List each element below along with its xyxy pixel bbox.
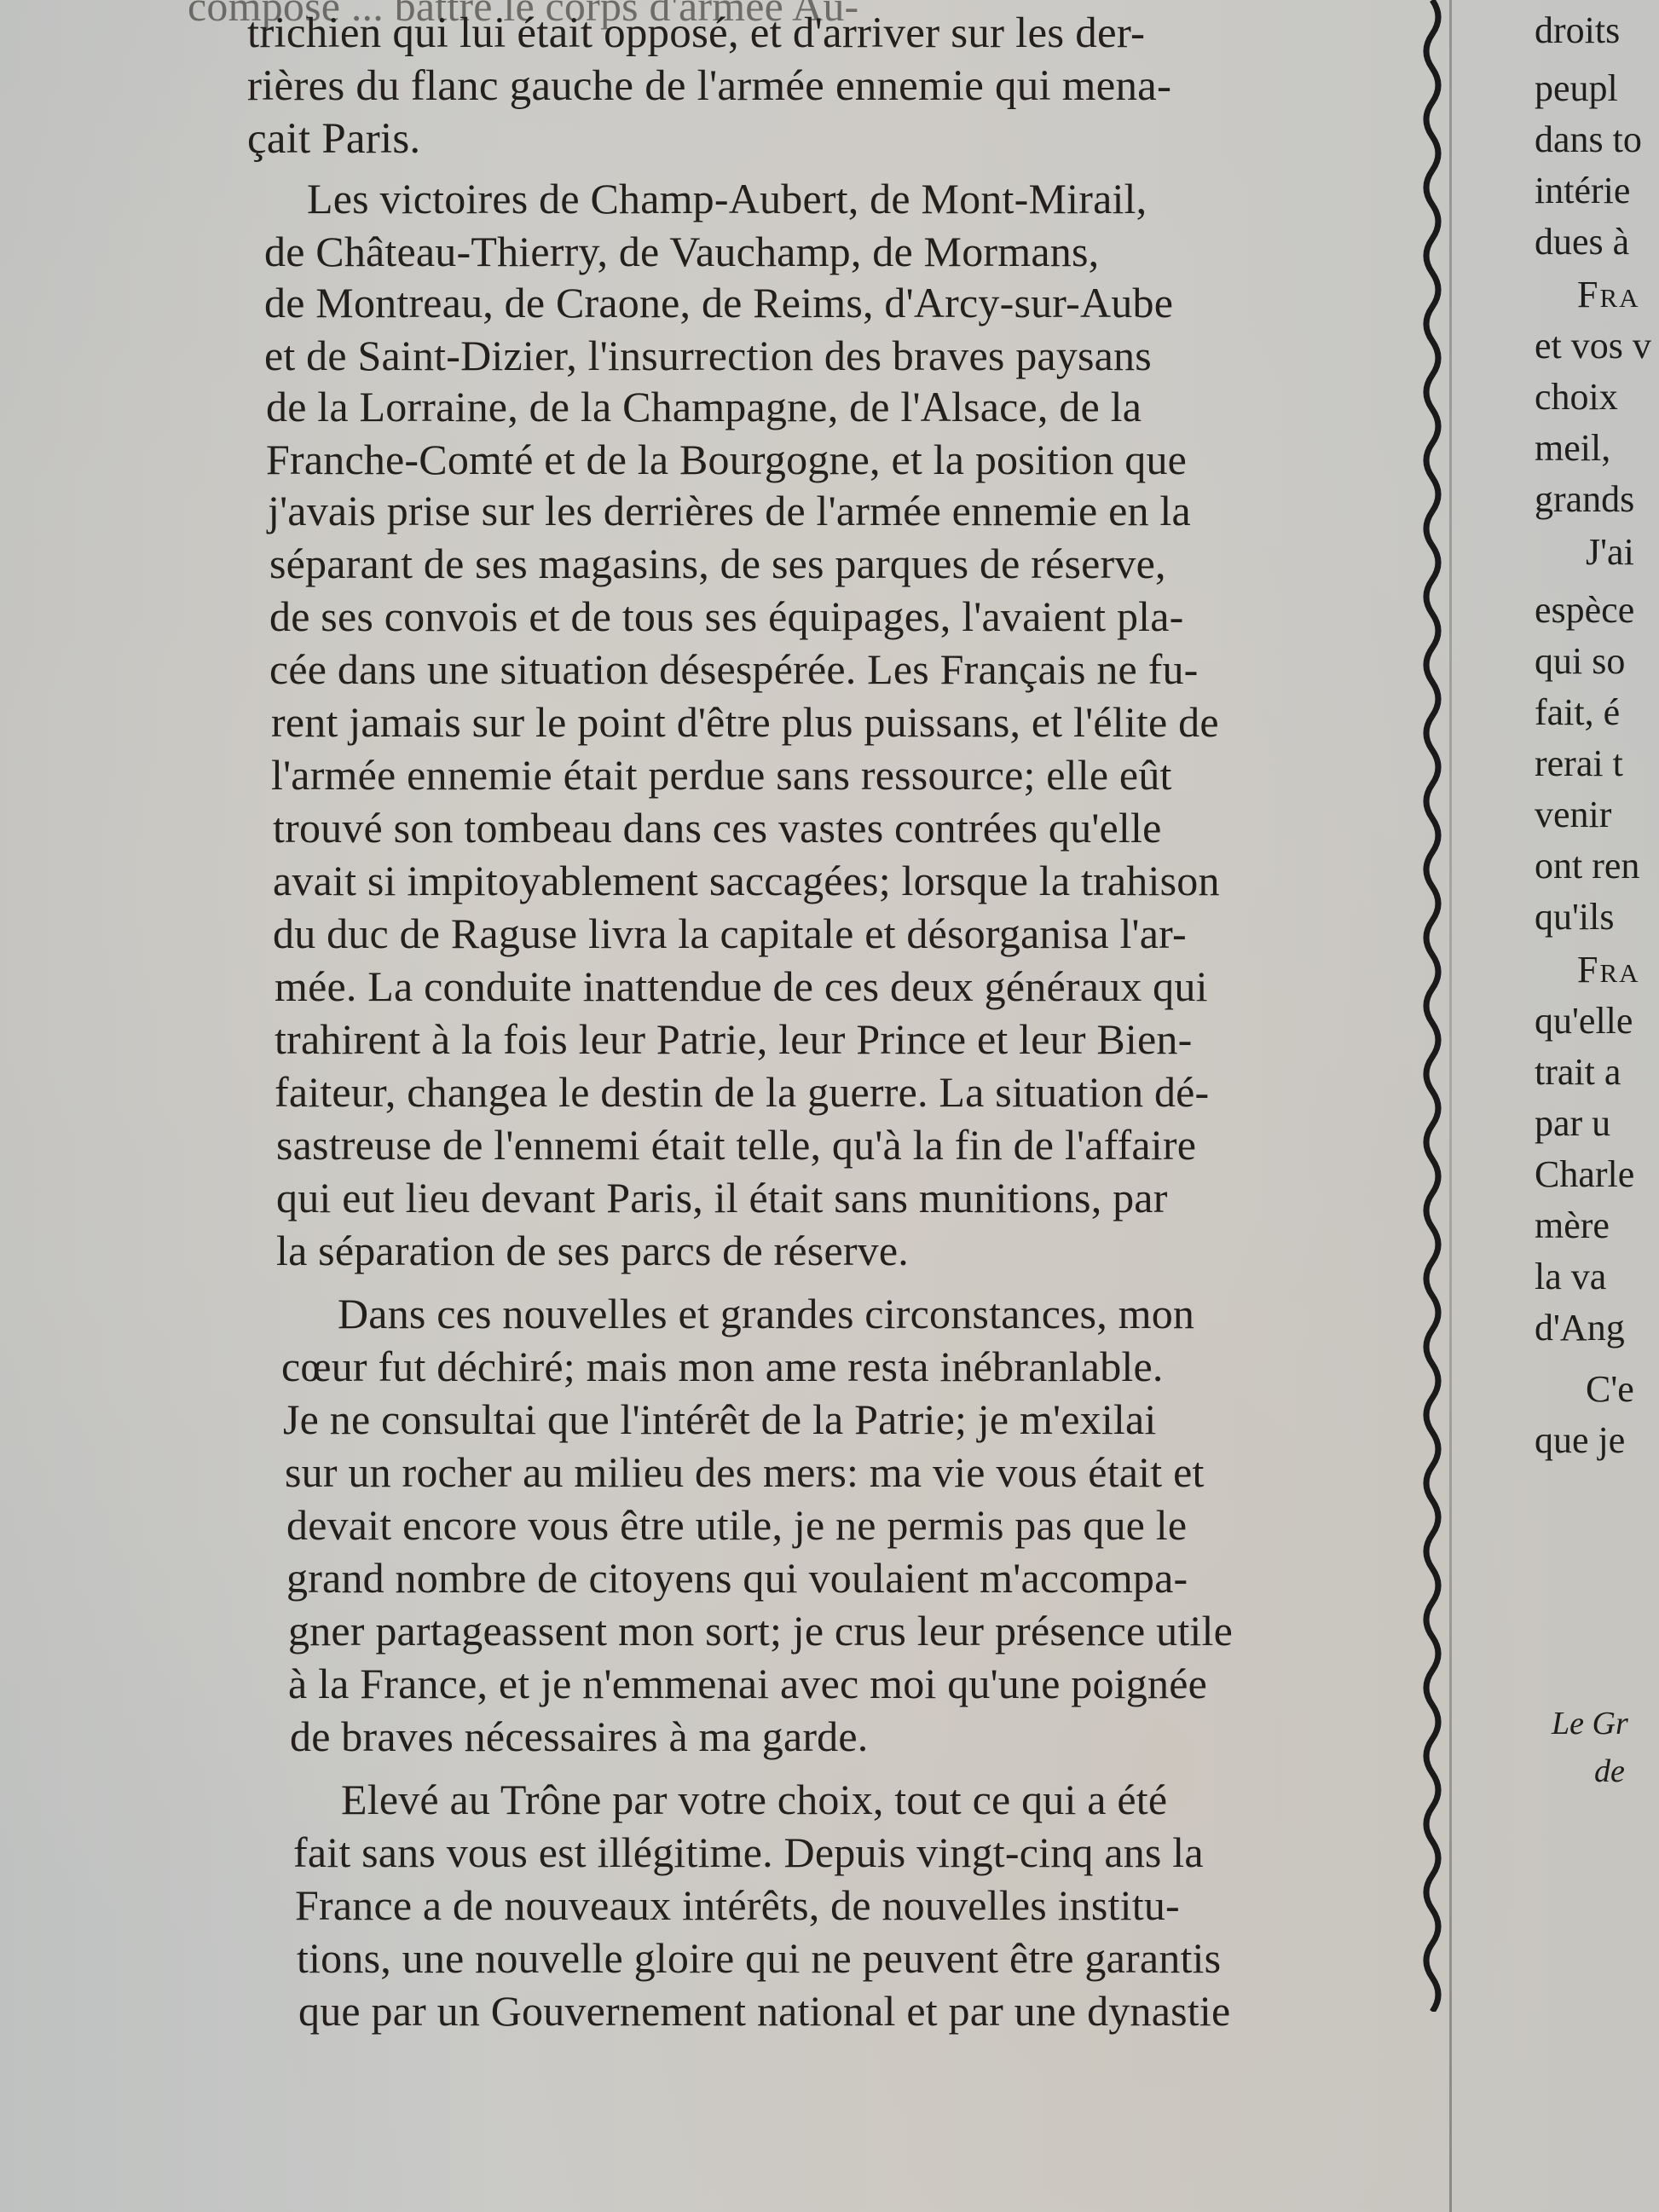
text-line: la séparation de ses parcs de réserve. — [276, 1229, 909, 1272]
text-line: rent jamais sur le point d'être plus pui… — [271, 701, 1219, 743]
text-line: à la France, et je n'emmenai avec moi qu… — [288, 1662, 1207, 1705]
text-line: cœur fut déchiré; mais mon ame resta iné… — [281, 1345, 1164, 1388]
text-fragment: ont ren — [1535, 844, 1639, 887]
text-fragment: trait a — [1535, 1050, 1621, 1094]
text-line: Je ne consultai que l'intérêt de la Patr… — [283, 1398, 1157, 1441]
text-line: qui eut lieu devant Paris, il était sans… — [276, 1176, 1168, 1219]
text-line: trichien qui lui était opposé, et d'arri… — [247, 12, 1145, 55]
text-line: France a de nouveaux intérêts, de nouvel… — [295, 1884, 1180, 1926]
text-line: et de Saint-Dizier, l'insurrection des b… — [264, 334, 1152, 377]
text-line: de la Lorraine, de la Champagne, de l'Al… — [266, 385, 1142, 428]
right-text-column-fragment: droits peupl dans to intérie dues à Fra … — [1535, 0, 1659, 2212]
text-line: j'avais prise sur les derrières de l'arm… — [268, 489, 1191, 532]
text-fragment: grands — [1535, 477, 1634, 521]
text-line: que par un Gouvernement national et par … — [298, 1990, 1230, 2032]
text-line: Les victoires de Champ-Aubert, de Mont-M… — [307, 177, 1147, 220]
text-line: tions, une nouvelle gloire qui ne peuven… — [297, 1937, 1221, 1979]
text-line: cée dans une situation désespérée. Les F… — [269, 648, 1199, 690]
text-fragment: que je — [1535, 1418, 1625, 1462]
text-line: gner partageassent mon sort; je crus leu… — [288, 1609, 1233, 1652]
text-line: de Montreau, de Craone, de Reims, d'Arcy… — [264, 281, 1173, 324]
text-line: de braves nécessaires à ma garde. — [290, 1715, 868, 1758]
text-line: devait encore vous être utile, je ne per… — [286, 1504, 1187, 1546]
text-line: séparant de ses magasins, de ses parques… — [269, 542, 1166, 585]
text-fragment: Fra — [1577, 273, 1640, 316]
text-line: grand nombre de citoyens qui voulaient m… — [286, 1556, 1188, 1599]
text-line: de ses convois et de tous ses équipages,… — [269, 595, 1184, 638]
text-fragment: qui so — [1535, 639, 1625, 683]
text-fragment: mère — [1535, 1204, 1610, 1247]
text-fragment: J'ai — [1586, 530, 1634, 574]
text-fragment: Fra — [1577, 948, 1640, 991]
text-line: trahirent à la fois leur Patrie, leur Pr… — [275, 1018, 1192, 1060]
text-line: fait sans vous est illégitime. Depuis vi… — [293, 1831, 1204, 1874]
text-line: rières du flanc gauche de l'armée ennemi… — [247, 65, 1171, 108]
text-fragment: meil, — [1535, 426, 1610, 470]
signature-fragment: Le Gr — [1552, 1705, 1628, 1742]
text-line: du duc de Raguse livra la capitale et dé… — [273, 912, 1187, 955]
text-line-content: Les victoires de Champ-Aubert, de Mont-M… — [307, 175, 1147, 222]
text-fragment: Charle — [1535, 1152, 1634, 1196]
text-fragment: dans to — [1535, 118, 1642, 161]
text-fragment: droits — [1535, 9, 1620, 52]
left-text-column: composé ... battre le corps d'armée Au- … — [256, 0, 1381, 2063]
text-fragment: par u — [1535, 1101, 1610, 1145]
text-fragment: qu'elle — [1535, 999, 1633, 1042]
wavy-column-rule-icon — [1415, 0, 1449, 2012]
text-fragment: rerai t — [1535, 742, 1623, 785]
text-line: faiteur, changea le destin de la guerre.… — [275, 1071, 1209, 1113]
text-line: sur un rocher au milieu des mers: ma vie… — [285, 1451, 1205, 1493]
text-fragment: choix — [1535, 375, 1618, 419]
signature-fragment: de — [1594, 1753, 1625, 1790]
text-line: de Château-Thierry, de Vauchamp, de Morm… — [264, 230, 1099, 273]
paper-fold-crease — [1449, 0, 1452, 2212]
text-fragment: C'e — [1586, 1367, 1634, 1411]
text-line: avait si impitoyablement saccagées; lors… — [273, 859, 1220, 902]
text-fragment: d'Ang — [1535, 1306, 1625, 1349]
text-line: çait Paris. — [247, 118, 420, 161]
text-fragment: venir — [1535, 793, 1611, 836]
text-fragment: fait, é — [1535, 690, 1620, 734]
text-fragment: la va — [1535, 1255, 1606, 1298]
text-fragment: espèce — [1535, 588, 1634, 632]
text-fragment: qu'ils — [1535, 895, 1615, 939]
text-fragment: intérie — [1535, 169, 1630, 212]
text-fragment: dues à — [1535, 220, 1629, 263]
text-line: sastreuse de l'ennemi était telle, qu'à … — [276, 1123, 1196, 1166]
text-line: l'armée ennemie était perdue sans ressou… — [271, 754, 1172, 796]
text-fragment: peupl — [1535, 66, 1618, 110]
text-line: trouvé son tombeau dans ces vastes contr… — [273, 806, 1162, 849]
text-line: Elevé au Trône par votre choix, tout ce … — [341, 1778, 1167, 1821]
text-line: mée. La conduite inattendue de ces deux … — [275, 965, 1208, 1008]
text-line: Dans ces nouvelles et grandes circonstan… — [338, 1292, 1194, 1335]
text-line: Franche-Comté et de la Bourgogne, et la … — [266, 438, 1187, 481]
text-fragment: et vos v — [1535, 324, 1651, 367]
